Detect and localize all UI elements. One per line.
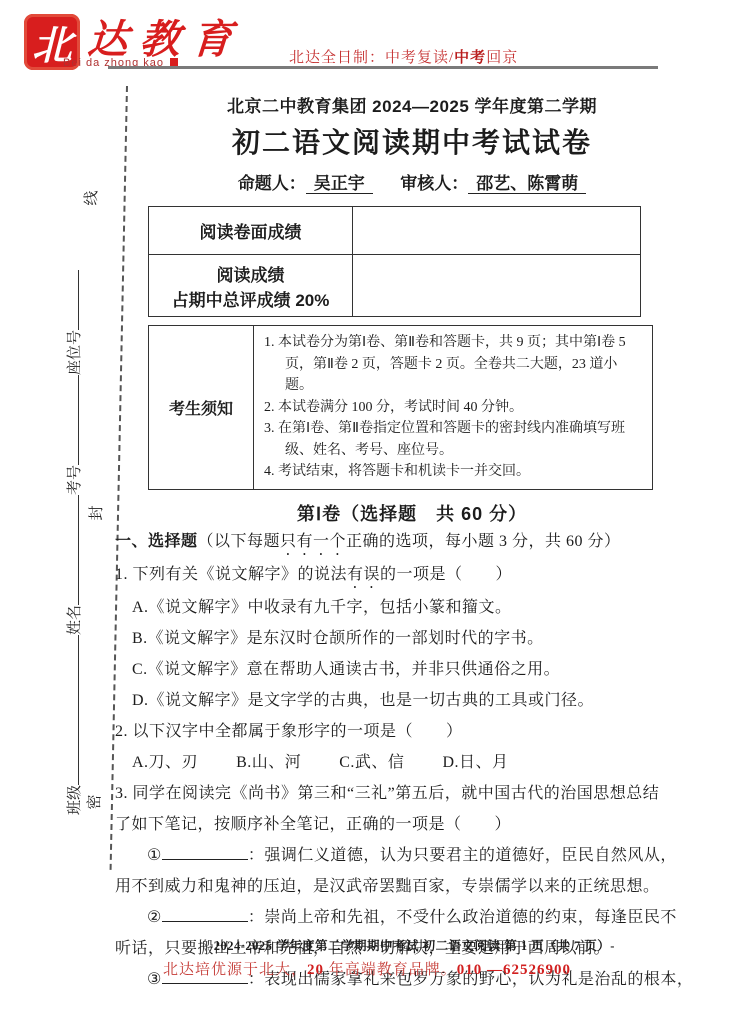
setter-reviewer-line: 命题人：吴正宇 审核人：邵艺、陈霄萌	[115, 169, 709, 194]
question-3-note1-line2: 用不到威力和鬼神的压迫，是汉武帝罢黜百家，专崇儒学以来的正统思想。	[115, 871, 709, 902]
score-label-weighted: 阅读成绩 占期中总评成绩 20%	[149, 255, 353, 317]
page-footer: -2024-2025 学年度第二学期期中考试 初二语文阅读 第 1 页（共 7 …	[115, 936, 709, 979]
score-row-paper: 阅读卷面成绩	[149, 207, 641, 255]
setter-name: 吴正宇	[306, 174, 373, 194]
seal-blank	[66, 495, 79, 605]
notice-table: 考生须知 1. 本试卷分为第Ⅰ卷、第Ⅱ卷和答题卡，共 9 页；其中第Ⅰ卷 5 页…	[148, 325, 653, 490]
seal-label-examno: 考号	[67, 465, 83, 495]
page-number-line: -2024-2025 学年度第二学期期中考试 初二语文阅读 第 1 页（共 7 …	[115, 936, 709, 954]
seal-char-xian: 线	[80, 188, 100, 208]
question-2-option-b: B.山、河	[236, 754, 301, 771]
seal-label-class: 班级	[67, 785, 83, 815]
seal-label-name: 姓名	[67, 605, 83, 635]
fill-blank	[162, 907, 248, 922]
notice-item: 4. 考试结束，将答题卡和机读卡一并交回。	[264, 461, 644, 483]
question-1-stem: 1. 下列有关《说文解字》的说法有误的一项是（ ）	[115, 559, 709, 592]
header-slogan: 北达全日制：中考复读/中考回京	[289, 46, 518, 67]
question-1-option-b: B.《说文解字》是东汉时仓颉所作的一部划时代的字书。	[115, 623, 709, 654]
seal-blank	[66, 270, 79, 330]
brand-footer-line: 北达培优源于北大，20 年高端教育品牌。010 —62526900	[115, 958, 709, 979]
question-2-option-d: D.日、月	[442, 754, 508, 771]
setter-label: 命题人：	[238, 174, 306, 193]
notice-title: 考生须知	[149, 326, 254, 490]
red-square-icon	[170, 58, 178, 66]
seal-char-mi: 密	[83, 792, 103, 812]
score-table: 阅读卷面成绩 阅读成绩 占期中总评成绩 20%	[148, 206, 641, 317]
header-divider	[108, 66, 658, 69]
exam-paper-body: 北京二中教育集团 2024—2025 学年度第二学期 初二语文阅读期中考试试卷 …	[115, 92, 709, 995]
fill-blank	[162, 845, 248, 860]
score-value-weighted	[353, 255, 641, 317]
brand-header: 北 达教育 Bei da zhong kao 北达全日制：中考复读/中考回京	[0, 0, 729, 80]
question-3-stem-line2: 了如下笔记，按顺序补全笔记，正确的一项是（ ）	[115, 809, 709, 840]
question-1-option-d: D.《说文解字》是文字学的古典，也是一切古典的工具或门径。	[115, 685, 709, 716]
notice-item: 2. 本试卷满分 100 分，考试时间 40 分钟。	[264, 397, 644, 419]
score-row-weighted: 阅读成绩 占期中总评成绩 20%	[149, 255, 641, 317]
seal-char-feng: 封	[85, 503, 105, 523]
seal-blank	[66, 375, 79, 465]
question-1-option-c: C.《说文解字》意在帮助人通读古书，并非只供通俗之用。	[115, 654, 709, 685]
reviewer-label: 审核人：	[400, 174, 468, 193]
seal-line-labels: 班级姓名考号座位号	[63, 245, 83, 815]
question-2-options: A.刀、刃B.山、河C.武、信D.日、月	[115, 747, 709, 778]
section1-heading: 第Ⅰ卷（选择题 共 60 分）	[115, 500, 709, 526]
question-3-note1-line1: ①：强调仁义道德，认为只要君主的道德好，臣民自然风从，	[115, 840, 709, 871]
question-3-stem-line1: 3. 同学在阅读完《尚书》第三和“三礼”第五后，就中国古代的治国思想总结	[115, 778, 709, 809]
question-3-note2-line1: ②：崇尚上帝和先祖，不受什么政治道德的约束，每逢臣民不	[115, 902, 709, 933]
notice-items: 1. 本试卷分为第Ⅰ卷、第Ⅱ卷和答题卡，共 9 页；其中第Ⅰ卷 5 页，第Ⅱ卷 …	[254, 326, 653, 490]
school-session-line: 北京二中教育集团 2024—2025 学年度第二学期	[115, 92, 709, 117]
phone-number: 010 —62526900	[457, 962, 571, 978]
score-label-paper: 阅读卷面成绩	[149, 207, 353, 255]
seal-label-seatno: 座位号	[67, 330, 83, 375]
score-value-paper	[353, 207, 641, 255]
question-2-option-a: A.刀、刃	[132, 754, 198, 771]
part1-title-line: 一、选择题（以下每题只有一个正确的选项，每小题 3 分，共 60 分）	[115, 526, 709, 559]
exam-title: 初二语文阅读期中考试试卷	[115, 121, 709, 161]
question-2-stem: 2. 以下汉字中全都属于象形字的一项是（ ）	[115, 716, 709, 747]
question-1-option-a: A.《说文解字》中收录有九千字，包括小篆和籀文。	[115, 592, 709, 623]
notice-item: 3. 在第Ⅰ卷、第Ⅱ卷指定位置和答题卡的密封线内准确填写班级、姓名、考号、座位号…	[264, 418, 644, 461]
question-2-option-c: C.武、信	[339, 754, 404, 771]
notice-item: 1. 本试卷分为第Ⅰ卷、第Ⅱ卷和答题卡，共 9 页；其中第Ⅰ卷 5 页，第Ⅱ卷 …	[264, 332, 644, 397]
reviewer-names: 邵艺、陈霄萌	[468, 174, 586, 194]
seal-blank	[66, 635, 79, 785]
